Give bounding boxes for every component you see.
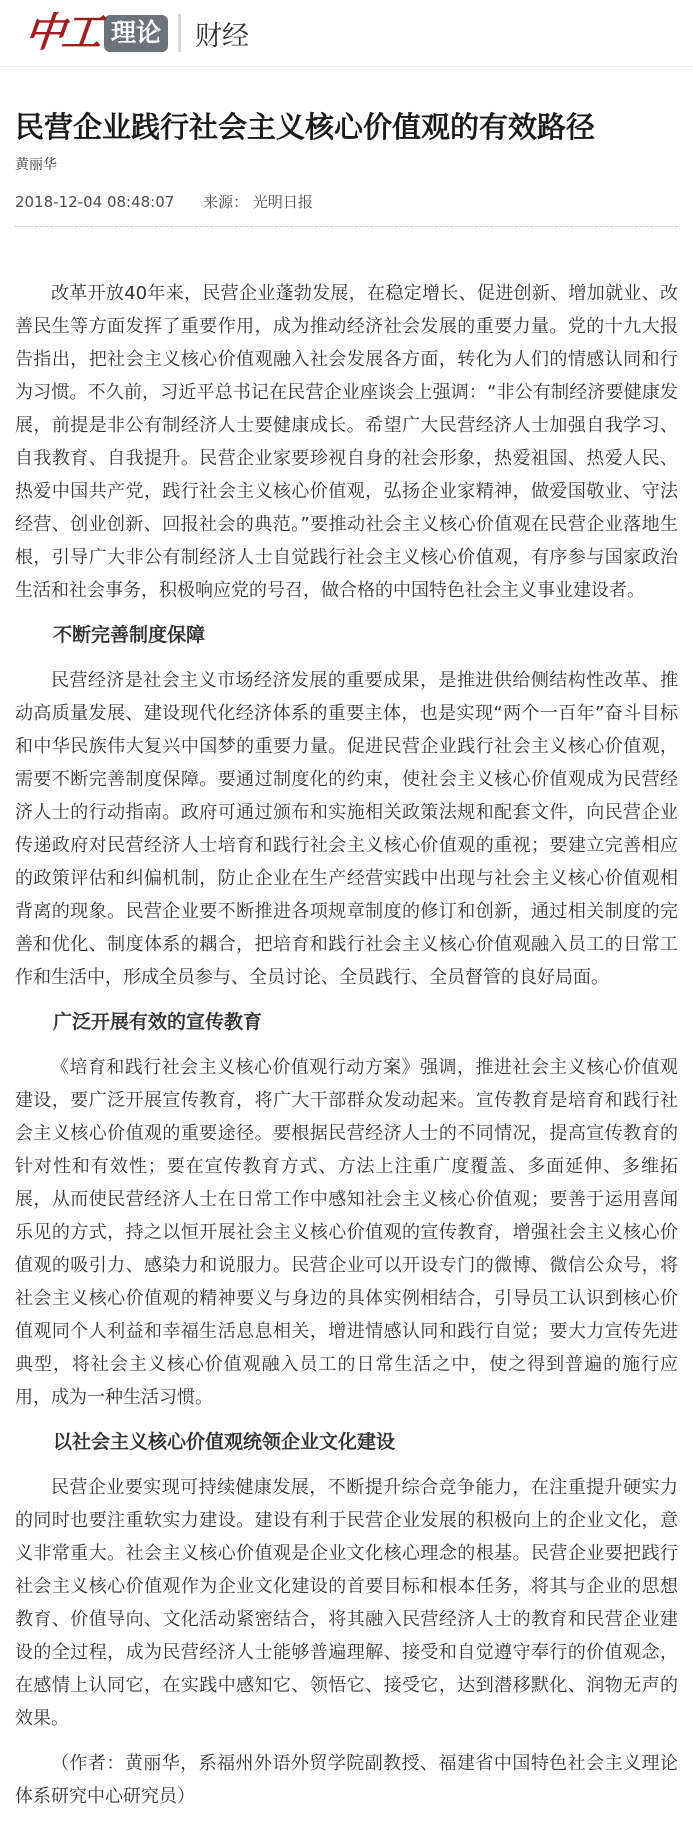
- author-note: （作者：黄丽华，系福州外语外贸学院副教授、福建省中国特色社会主义理论体系研究中心…: [15, 1747, 678, 1813]
- author-name: 黄丽华: [15, 154, 678, 174]
- publish-date: 2018-12-04 08:48:07: [15, 193, 174, 211]
- source-name: 光明日报: [253, 193, 313, 211]
- site-header: 中工 理论 财经: [0, 0, 693, 67]
- section-heading: 广泛开展有效的宣传教育: [15, 1006, 678, 1039]
- article-body: 改革开放40年来，民营企业蓬勃发展，在稳定增长、促进创新、增加就业、改善民生等方…: [15, 277, 678, 1843]
- dashed-divider: [15, 226, 678, 227]
- vertical-divider: [178, 14, 181, 52]
- page-title: 民营企业践行社会主义核心价值观的有效路径: [15, 109, 678, 145]
- source-label: 来源：: [203, 193, 248, 211]
- logo-theory-badge: 理论: [104, 15, 168, 52]
- article: 民营企业践行社会主义核心价值观的有效路径 黄丽华 2018-12-04 08:4…: [0, 109, 693, 1843]
- paragraph: 民营经济是社会主义市场经济发展的重要成果，是推进供给侧结构性改革、推动高质量发展…: [15, 664, 678, 994]
- paragraph: 民营企业要实现可持续健康发展，不断提升综合竞争能力，在注重提升硬实力的同时也要注…: [15, 1471, 678, 1735]
- logo-zhonggong-text: 中工: [23, 13, 101, 53]
- page: 中工 理论 财经 民营企业践行社会主义核心价值观的有效路径 黄丽华 2018-1…: [0, 0, 693, 1843]
- article-meta: 2018-12-04 08:48:07 来源： 光明日报: [15, 191, 678, 212]
- paragraph: 改革开放40年来，民营企业蓬勃发展，在稳定增长、促进创新、增加就业、改善民生等方…: [15, 277, 678, 607]
- paragraph: 《培育和践行社会主义核心价值观行动方案》强调，推进社会主义核心价值观建设，要广泛…: [15, 1051, 678, 1414]
- channel-link-finance[interactable]: 财经: [195, 14, 249, 53]
- section-heading: 不断完善制度保障: [15, 619, 678, 652]
- section-heading: 以社会主义核心价值观统领企业文化建设: [15, 1426, 678, 1459]
- site-logo[interactable]: 中工 理论: [25, 13, 168, 53]
